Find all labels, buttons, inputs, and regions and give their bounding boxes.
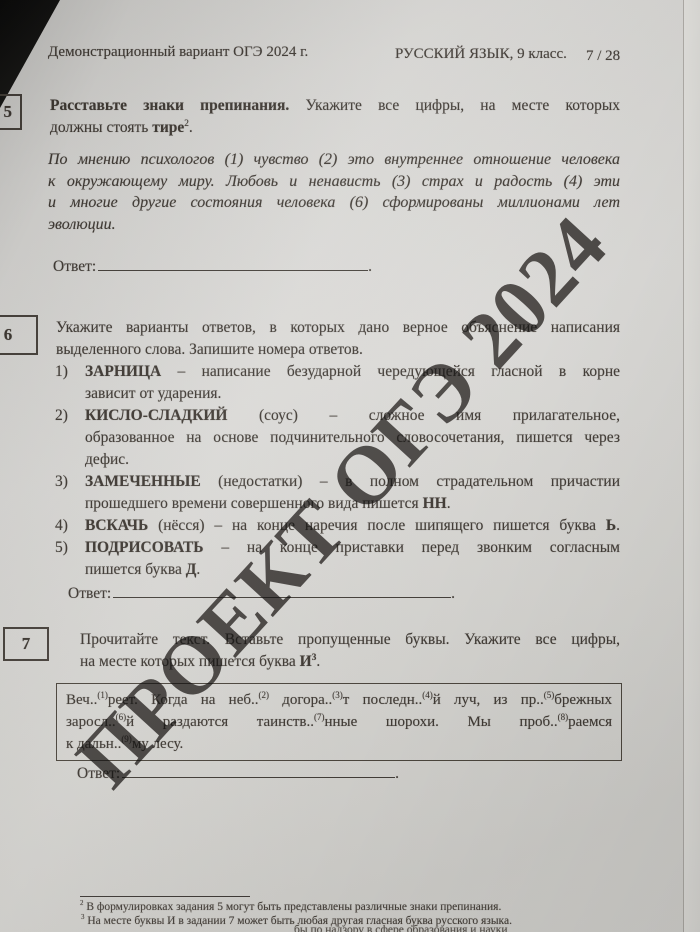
- footnote-rule: [80, 896, 250, 897]
- text-line: По мнению психологов (1) чувство (2) это…: [48, 149, 620, 171]
- task7-number: 7: [22, 634, 31, 654]
- task7-number-box: 7: [3, 627, 49, 661]
- task6-number: 6: [4, 325, 13, 345]
- answer-period: .: [451, 585, 455, 602]
- task5-number-box: 5: [0, 94, 22, 130]
- task5-number: 5: [4, 102, 13, 122]
- answer-label: Ответ:: [53, 258, 96, 275]
- photo-frame: Демонстрационный вариант ОГЭ 2024 г. РУС…: [0, 0, 700, 932]
- answer-blank: [98, 257, 368, 271]
- text-line: к окружающему миру. Любовь и ненависть (…: [48, 171, 620, 193]
- item-number: 5): [55, 537, 68, 559]
- item-number: 3): [55, 471, 68, 493]
- text-line: пишется буква Д.: [85, 559, 620, 581]
- header-page-number: 7 / 28: [586, 48, 620, 65]
- item-number: 2): [55, 405, 68, 427]
- answer-label: Ответ:: [68, 585, 111, 602]
- answer-line-task5: Ответ:.: [53, 257, 372, 276]
- answer-period: .: [395, 765, 399, 782]
- item-number: 1): [55, 361, 68, 383]
- task5-instruction: Расставьте знаки препинания. Укажите все…: [50, 95, 620, 139]
- text-line: ЗАРНИЦА – написание безударной чередующе…: [85, 361, 620, 383]
- text-line: и многие другие состояния человека (6) с…: [48, 192, 620, 214]
- text-line: Расставьте знаки препинания. Укажите все…: [50, 95, 620, 117]
- bottom-cut-text: бы по надзору в сфере образования и наук…: [294, 924, 508, 932]
- header-subject: РУССКИЙ ЯЗЫК, 9 класс.: [395, 46, 567, 63]
- answer-period: .: [368, 258, 372, 275]
- footnote-2: 2 В формулировках задания 5 могут быть п…: [80, 901, 501, 913]
- list-item: 1) ЗАРНИЦА – написание безударной череду…: [85, 361, 620, 405]
- text-line: зависит от ударения.: [85, 383, 620, 405]
- task6-number-box: 6: [0, 315, 38, 355]
- header-variant-title: Демонстрационный вариант ОГЭ 2024 г.: [48, 44, 308, 61]
- text-line: должны стоять тире2.: [50, 117, 620, 139]
- item-number: 4): [55, 515, 68, 537]
